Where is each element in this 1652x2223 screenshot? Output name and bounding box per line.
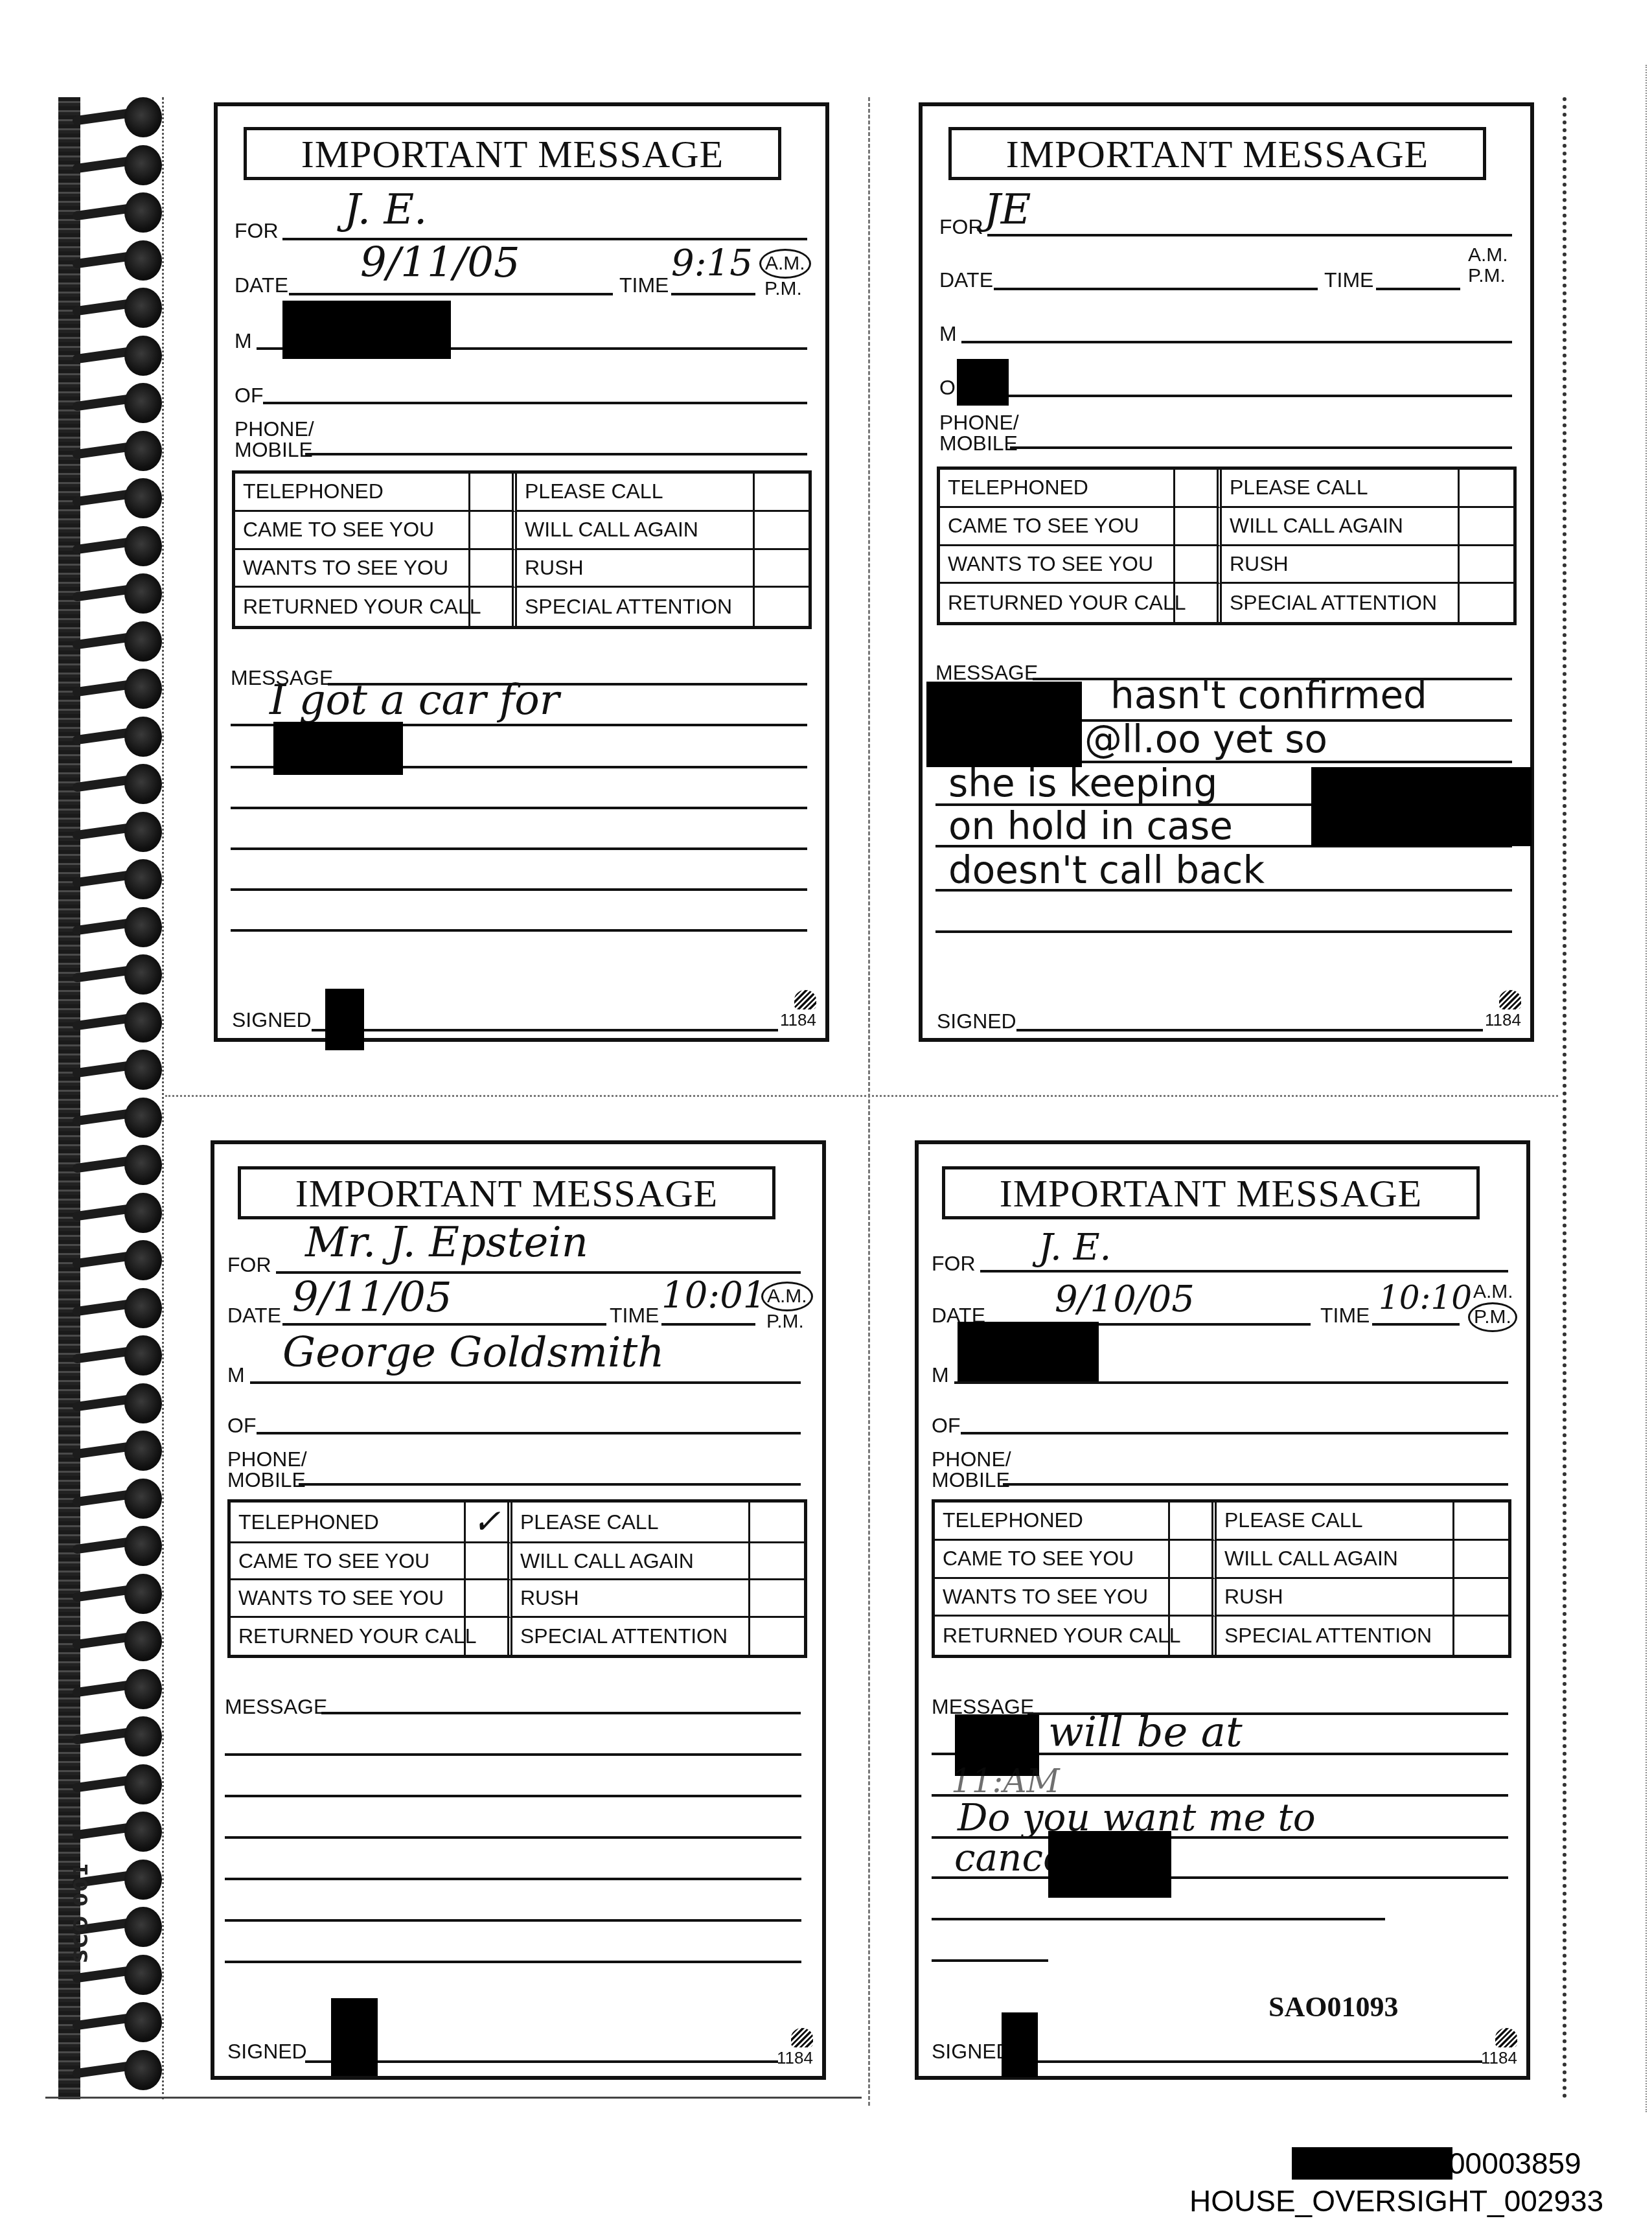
came-to-see-you-label: CAME TO SEE YOU [231, 1543, 466, 1580]
m-label: M [235, 330, 252, 351]
redaction-message [273, 722, 403, 775]
form-number: 1184 [1481, 2048, 1517, 2068]
returned-your-call-checkbox[interactable] [466, 1618, 512, 1655]
pm-option: P.M. [766, 1311, 813, 1332]
message-line-2: 11:AM [951, 1765, 1060, 1797]
for-label: FOR [235, 220, 279, 241]
message-line-3: she is keeping [948, 765, 1217, 802]
form-number: 1184 [777, 2048, 813, 2068]
time-label: TIME [1320, 1305, 1370, 1326]
spiral-coil-icon [73, 907, 157, 946]
slip-title: IMPORTANT MESSAGE [948, 127, 1486, 180]
am-pm-selector: A.M. P.M. [764, 249, 811, 299]
redaction-signed [1002, 2012, 1038, 2077]
perforation-vertical [868, 97, 870, 2106]
came-to-see-you-label: CAME TO SEE YOU [935, 1541, 1170, 1579]
spiral-coil-icon [73, 1574, 157, 1613]
returned-your-call-checkbox[interactable] [1170, 1617, 1217, 1655]
date-label: DATE [235, 275, 288, 295]
wants-to-see-you-label: WANTS TO SEE YOU [231, 1580, 466, 1617]
spiral-coil-icon [73, 717, 157, 755]
special-attention-checkbox[interactable] [750, 1618, 804, 1655]
returned-your-call-checkbox[interactable] [470, 588, 517, 626]
rush-label: RUSH [1222, 546, 1460, 584]
telephoned-label: TELEPHONED [231, 1503, 466, 1543]
special-attention-label: SPECIAL ATTENTION [1222, 584, 1460, 622]
spiral-coil-icon [73, 1383, 157, 1422]
will-call-again-checkbox[interactable] [750, 1543, 804, 1580]
came-to-see-you-checkbox[interactable] [466, 1543, 512, 1580]
spiral-coil-icon [73, 1050, 157, 1088]
time-value: 10:01 [661, 1278, 766, 1314]
spiral-coil-icon [73, 1193, 157, 1232]
spiral-coil-icon [73, 288, 157, 327]
spiral-coil-icon [73, 859, 157, 898]
am-option-selected: A.M. [759, 249, 811, 279]
bates-number-1: 00003859 [1449, 2148, 1581, 2178]
please-call-checkbox[interactable] [750, 1503, 804, 1543]
spiral-coil-icon [73, 526, 157, 565]
redaction-message-2 [1048, 1831, 1171, 1898]
am-pm-selector: A.M. P.M. [1468, 245, 1508, 286]
rush-checkbox[interactable] [755, 550, 809, 588]
pm-option: P.M. [1468, 266, 1508, 286]
special-attention-label: SPECIAL ATTENTION [517, 588, 755, 626]
please-call-label: PLEASE CALL [512, 1503, 750, 1543]
spiral-coil-icon [73, 1479, 157, 1517]
spiral-coil-icon [73, 336, 157, 374]
signed-label: SIGNED [227, 2041, 307, 2062]
spiral-coil-icon [73, 1288, 157, 1327]
m-label: M [227, 1365, 245, 1385]
m-label: M [932, 1365, 949, 1385]
message-slip-2: IMPORTANT MESSAGE FOR JE DATE TIME A.M. … [919, 102, 1534, 1042]
time-label: TIME [610, 1305, 659, 1326]
spiral-coil-icon [73, 1431, 157, 1469]
redaction-message-1 [926, 682, 1082, 767]
checkbox-grid: TELEPHONED PLEASE CALL CAME TO SEE YOU W… [232, 470, 812, 629]
date-value: 9/11/05 [292, 1277, 452, 1319]
spiral-coil-icon [73, 764, 157, 803]
telephoned-checkbox[interactable] [1175, 470, 1222, 508]
telephoned-checkbox[interactable] [1170, 1503, 1217, 1541]
wants-to-see-you-label: WANTS TO SEE YOU [940, 546, 1175, 584]
form-number: 1184 [1485, 1010, 1521, 1030]
redaction-signed [331, 1998, 378, 2076]
time-label: TIME [1324, 270, 1373, 290]
wants-to-see-you-label: WANTS TO SEE YOU [935, 1579, 1170, 1617]
am-option-selected: A.M. [761, 1282, 813, 1311]
spiral-coil-icon [73, 2050, 157, 2089]
am-option: A.M. [1473, 1282, 1517, 1302]
date-value: 9/11/05 [360, 242, 520, 284]
for-label: FOR [939, 216, 983, 237]
returned-your-call-checkbox[interactable] [1175, 584, 1222, 622]
will-call-again-label: WILL CALL AGAIN [512, 1543, 750, 1580]
for-label: FOR [227, 1254, 271, 1275]
spiral-coil-icon [73, 621, 157, 660]
of-label: OF [235, 385, 263, 406]
message-label: MESSAGE [225, 1696, 327, 1717]
phone-label: PHONE/MOBILE [235, 419, 314, 460]
checkbox-grid: TELEPHONED ✓ PLEASE CALL CAME TO SEE YOU… [227, 1499, 807, 1658]
came-to-see-you-label: CAME TO SEE YOU [235, 512, 470, 550]
phone-label: PHONE/MOBILE [932, 1449, 1011, 1490]
spiral-coil-icon [73, 1145, 157, 1184]
message-slip-3: IMPORTANT MESSAGE FOR Mr. J. Epstein DAT… [211, 1140, 826, 2080]
for-value: J. E. [344, 189, 427, 231]
came-to-see-you-checkbox[interactable] [1170, 1541, 1217, 1579]
m-value: George Goldsmith [282, 1332, 664, 1374]
spiral-coil-icon [73, 240, 157, 279]
of-label: OF [932, 1415, 960, 1436]
message-line-4: on hold in case [948, 807, 1233, 845]
message-line-2: @ll.oo yet so [1084, 720, 1327, 758]
date-label: DATE [939, 270, 993, 290]
slip-title: IMPORTANT MESSAGE [942, 1166, 1480, 1219]
rush-checkbox[interactable] [1460, 546, 1513, 584]
message-line-1: hasn't confirmed [1110, 676, 1427, 714]
will-call-again-checkbox[interactable] [1454, 1541, 1508, 1579]
am-pm-selector: A.M. P.M. [1473, 1282, 1517, 1332]
wants-to-see-you-checkbox[interactable] [1175, 546, 1222, 584]
for-value: Mr. J. Epstein [305, 1222, 588, 1263]
spiral-coil-icon [73, 1669, 157, 1708]
spiral-coil-icon [73, 2002, 157, 2041]
binding-code: SCO 001 [70, 1862, 93, 1963]
please-call-checkbox[interactable] [755, 474, 809, 512]
spiral-coil-icon [73, 1764, 157, 1803]
special-attention-label: SPECIAL ATTENTION [512, 1618, 750, 1655]
wants-to-see-you-checkbox[interactable] [1170, 1579, 1217, 1617]
telephoned-checkbox-checked[interactable]: ✓ [466, 1503, 512, 1543]
redaction-m [958, 1322, 1099, 1381]
rush-checkbox[interactable] [750, 1580, 804, 1617]
please-call-label: PLEASE CALL [1222, 470, 1460, 508]
will-call-again-checkbox[interactable] [1460, 508, 1513, 546]
wants-to-see-you-label: WANTS TO SEE YOU [235, 550, 470, 588]
page-edge-bottom [45, 2097, 862, 2099]
redaction-signed [325, 989, 364, 1050]
rush-label: RUSH [1217, 1579, 1454, 1617]
rush-checkbox[interactable] [1454, 1579, 1508, 1617]
am-pm-selector: A.M. P.M. [766, 1282, 813, 1332]
document-stamp: SAO01093 [1268, 1990, 1398, 2023]
m-label: M [939, 323, 957, 344]
publisher-logo-icon [791, 2028, 813, 2047]
phone-label: PHONE/MOBILE [939, 412, 1019, 454]
publisher-logo-icon [794, 990, 816, 1009]
spiral-coil-icon [73, 1716, 157, 1755]
spiral-coil-icon [73, 145, 157, 184]
spiral-coil-icon [73, 1002, 157, 1041]
date-value: 9/10/05 [1055, 1282, 1195, 1318]
for-value: JE [984, 189, 1031, 231]
came-to-see-you-checkbox[interactable] [470, 512, 517, 550]
spiral-coil-icon [73, 383, 157, 422]
date-label: DATE [227, 1305, 281, 1326]
message-label: MESSAGE [935, 662, 1038, 683]
message-slip-1: IMPORTANT MESSAGE FOR J. E. DATE 9/11/05… [214, 102, 829, 1042]
time-value: 10:10 [1379, 1282, 1472, 1314]
returned-your-call-label: RETURNED YOUR CALL [935, 1617, 1170, 1655]
checkbox-grid: TELEPHONED PLEASE CALL CAME TO SEE YOU W… [937, 466, 1517, 625]
spiral-coil-icon [73, 97, 157, 136]
spiral-coil-icon [73, 954, 157, 993]
perforation-horizontal [165, 1095, 1558, 1097]
special-attention-label: SPECIAL ATTENTION [1217, 1617, 1454, 1655]
of-label: OF [227, 1415, 256, 1436]
wants-to-see-you-checkbox[interactable] [466, 1580, 512, 1617]
form-number: 1184 [780, 1010, 816, 1030]
returned-your-call-label: RETURNED YOUR CALL [231, 1618, 466, 1655]
redaction-of [957, 359, 1009, 406]
please-call-checkbox[interactable] [1454, 1503, 1508, 1541]
spiral-coil-icon [73, 1526, 157, 1565]
spiral-coil-icon [73, 192, 157, 231]
telephoned-label: TELEPHONED [935, 1503, 1170, 1541]
pm-option: P.M. [764, 279, 811, 299]
spiral-coil-icon [73, 573, 157, 612]
perforation-right [1563, 97, 1566, 2099]
will-call-again-label: WILL CALL AGAIN [1222, 508, 1460, 546]
spiral-coil-icon [73, 669, 157, 708]
will-call-again-label: WILL CALL AGAIN [517, 512, 755, 550]
slip-title: IMPORTANT MESSAGE [238, 1166, 775, 1219]
will-call-again-label: WILL CALL AGAIN [1217, 1541, 1454, 1579]
pm-option-selected: P.M. [1468, 1302, 1517, 1332]
redaction-message-2 [1311, 767, 1532, 846]
returned-your-call-label: RETURNED YOUR CALL [940, 584, 1175, 622]
redaction-bates-prefix [1292, 2147, 1452, 2180]
time-label: TIME [619, 275, 669, 295]
will-call-again-checkbox[interactable] [755, 512, 809, 550]
spiral-coil-icon [73, 1240, 157, 1279]
message-line-1: I got a car for [270, 680, 559, 721]
redaction-m [282, 301, 451, 359]
bates-number-2: HOUSE_OVERSIGHT_002933 [1189, 2186, 1603, 2216]
spiral-coil-icon [73, 1098, 157, 1136]
telephoned-label: TELEPHONED [940, 470, 1175, 508]
spiral-coil-icon [73, 812, 157, 851]
am-option: A.M. [1468, 245, 1508, 266]
signed-label: SIGNED [932, 2041, 1011, 2062]
page-edge [162, 97, 164, 2099]
rush-label: RUSH [512, 1580, 750, 1617]
spiral-coil-icon [73, 1621, 157, 1660]
spiral-coil-icon [73, 1812, 157, 1850]
perforation-right-outer [1646, 65, 1647, 2112]
for-label: FOR [932, 1253, 976, 1274]
signed-label: SIGNED [232, 1009, 312, 1030]
special-attention-checkbox[interactable] [755, 588, 809, 626]
came-to-see-you-label: CAME TO SEE YOU [940, 508, 1175, 546]
signed-label: SIGNED [937, 1011, 1016, 1031]
spiral-coil-icon [73, 431, 157, 470]
publisher-logo-icon [1499, 990, 1521, 1009]
slip-title: IMPORTANT MESSAGE [244, 127, 781, 180]
came-to-see-you-checkbox[interactable] [1175, 508, 1222, 546]
returned-your-call-label: RETURNED YOUR CALL [235, 588, 470, 626]
phone-label: PHONE/MOBILE [227, 1449, 307, 1490]
please-call-checkbox[interactable] [1460, 470, 1513, 508]
wants-to-see-you-checkbox[interactable] [470, 550, 517, 588]
message-slip-4: IMPORTANT MESSAGE FOR J. E. DATE 9/10/05… [915, 1140, 1530, 2080]
publisher-logo-icon [1495, 2028, 1517, 2047]
telephoned-label: TELEPHONED [235, 474, 470, 512]
time-value: 9:15 [671, 246, 753, 282]
message-line-1: will be at [1048, 1712, 1243, 1753]
rush-label: RUSH [517, 550, 755, 588]
special-attention-checkbox[interactable] [1454, 1617, 1508, 1655]
spiral-coil-icon [73, 478, 157, 517]
checkbox-grid: TELEPHONED PLEASE CALL CAME TO SEE YOU W… [932, 1499, 1511, 1658]
please-call-label: PLEASE CALL [1217, 1503, 1454, 1541]
message-line-5: doesn't call back [948, 851, 1265, 889]
please-call-label: PLEASE CALL [517, 474, 755, 512]
for-value: J. E. [1038, 1230, 1111, 1266]
telephoned-checkbox[interactable] [470, 474, 517, 512]
spiral-binding [51, 97, 161, 2099]
spiral-coil-icon [73, 1335, 157, 1374]
special-attention-checkbox[interactable] [1460, 584, 1513, 622]
